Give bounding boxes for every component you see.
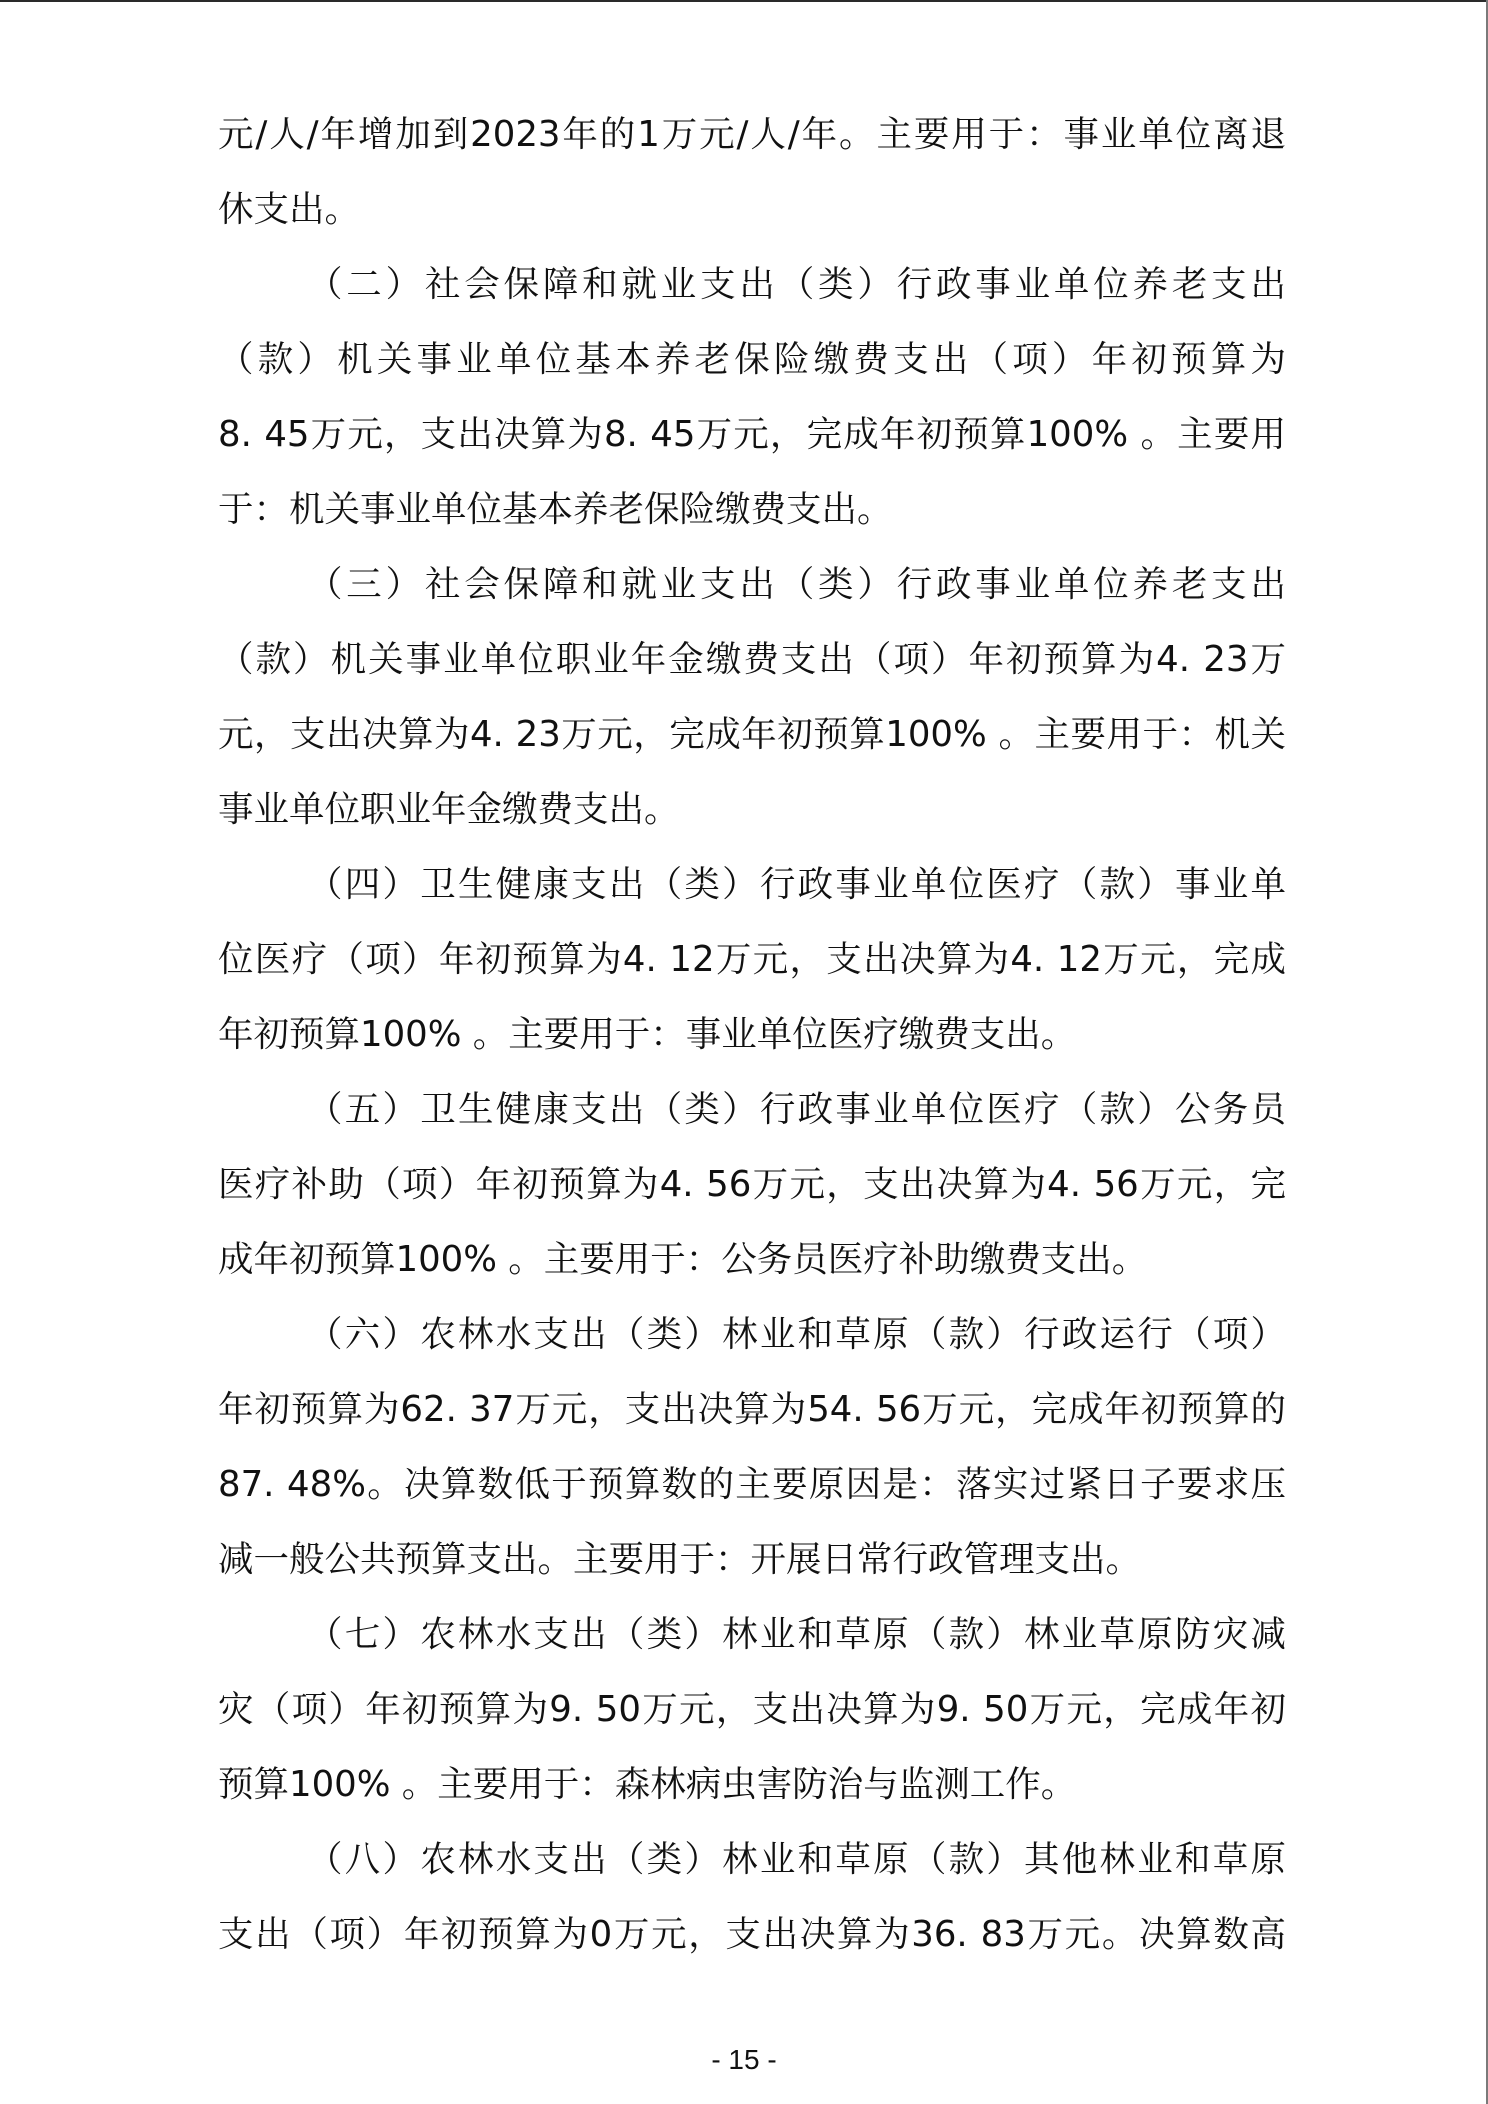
text-line: 年初预算100% 。主要用于：事业单位医疗缴费支出。 [218, 997, 1286, 1072]
text-line: 事业单位职业年金缴费支出。 [218, 772, 1286, 847]
text-line: （五）卫生健康支出（类）行政事业单位医疗（款）公务员 [218, 1072, 1286, 1147]
text-line: 支出（项）年初预算为0万元，支出决算为36. 83万元。决算数高 [218, 1897, 1286, 1972]
text-line: （款）机关事业单位基本养老保险缴费支出（项）年初预算为 [218, 322, 1286, 397]
document-body: 元/人/年增加到2023年的1万元/人/年。主要用于：事业单位离退 休支出。 （… [218, 97, 1286, 1972]
top-border [0, 0, 1488, 2]
text-line: 元/人/年增加到2023年的1万元/人/年。主要用于：事业单位离退 [218, 97, 1286, 172]
paragraph-item-7: （七）农林水支出（类）林业和草原（款）林业草原防灾减 灾（项）年初预算为9. 5… [218, 1597, 1286, 1822]
text-line: 年初预算为62. 37万元，支出决算为54. 56万元，完成年初预算的 [218, 1372, 1286, 1447]
text-line: 87. 48%。决算数低于预算数的主要原因是：落实过紧日子要求压 [218, 1447, 1286, 1522]
text-line: （款）机关事业单位职业年金缴费支出（项）年初预算为4. 23万 [218, 622, 1286, 697]
text-line: （六）农林水支出（类）林业和草原（款）行政运行（项） [218, 1297, 1286, 1372]
text-line: 8. 45万元，支出决算为8. 45万元，完成年初预算100% 。主要用 [218, 397, 1286, 472]
text-line: 成年初预算100% 。主要用于：公务员医疗补助缴费支出。 [218, 1222, 1286, 1297]
page-number: - 15 - [0, 2044, 1488, 2076]
text-line: 医疗补助（项）年初预算为4. 56万元，支出决算为4. 56万元，完 [218, 1147, 1286, 1222]
text-line: 休支出。 [218, 172, 1286, 247]
paragraph-item-3: （三）社会保障和就业支出（类）行政事业单位养老支出 （款）机关事业单位职业年金缴… [218, 547, 1286, 847]
text-line: 元，支出决算为4. 23万元，完成年初预算100% 。主要用于：机关 [218, 697, 1286, 772]
text-line: （四）卫生健康支出（类）行政事业单位医疗（款）事业单 [218, 847, 1286, 922]
text-line: 减一般公共预算支出。主要用于：开展日常行政管理支出。 [218, 1522, 1286, 1597]
paragraph-continuation: 元/人/年增加到2023年的1万元/人/年。主要用于：事业单位离退 休支出。 [218, 97, 1286, 247]
text-line: （七）农林水支出（类）林业和草原（款）林业草原防灾减 [218, 1597, 1286, 1672]
text-line: （八）农林水支出（类）林业和草原（款）其他林业和草原 [218, 1822, 1286, 1897]
paragraph-item-2: （二）社会保障和就业支出（类）行政事业单位养老支出 （款）机关事业单位基本养老保… [218, 247, 1286, 547]
text-line: 灾（项）年初预算为9. 50万元，支出决算为9. 50万元，完成年初 [218, 1672, 1286, 1747]
text-line: （三）社会保障和就业支出（类）行政事业单位养老支出 [218, 547, 1286, 622]
text-line: 预算100% 。主要用于：森林病虫害防治与监测工作。 [218, 1747, 1286, 1822]
paragraph-item-6: （六）农林水支出（类）林业和草原（款）行政运行（项） 年初预算为62. 37万元… [218, 1297, 1286, 1597]
paragraph-item-8: （八）农林水支出（类）林业和草原（款）其他林业和草原 支出（项）年初预算为0万元… [218, 1822, 1286, 1972]
text-line: （二）社会保障和就业支出（类）行政事业单位养老支出 [218, 247, 1286, 322]
paragraph-item-5: （五）卫生健康支出（类）行政事业单位医疗（款）公务员 医疗补助（项）年初预算为4… [218, 1072, 1286, 1297]
paragraph-item-4: （四）卫生健康支出（类）行政事业单位医疗（款）事业单 位医疗（项）年初预算为4.… [218, 847, 1286, 1072]
text-line: 位医疗（项）年初预算为4. 12万元，支出决算为4. 12万元，完成 [218, 922, 1286, 997]
text-line: 于：机关事业单位基本养老保险缴费支出。 [218, 472, 1286, 547]
